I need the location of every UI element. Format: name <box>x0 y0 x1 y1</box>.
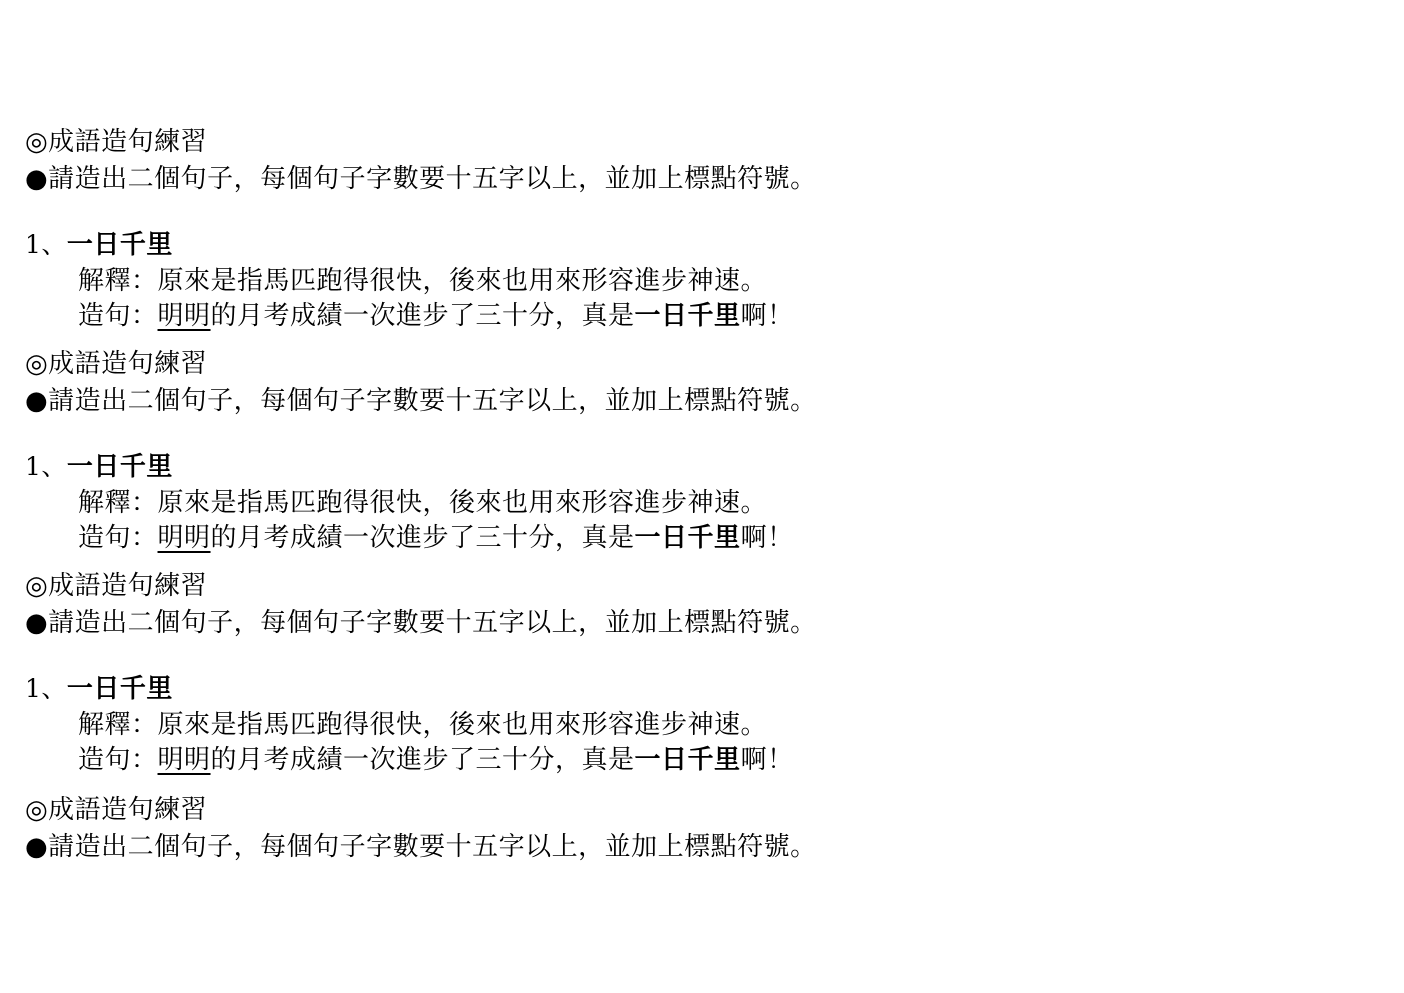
instruction-line: ●請造出二個句子，每個句子字數要十五字以上，並加上標點符號。 <box>25 161 1384 198</box>
section-heading: ◎成語造句練習 <box>25 346 1384 383</box>
explanation-label: 解釋： <box>78 488 158 518</box>
exercise-block-4: ◎成語造句練習 ●請造出二個句子，每個句子字數要十五字以上，並加上標點符號。 <box>25 792 1384 866</box>
exercise-block-3: ◎成語造句練習 ●請造出二個句子，每個句子字數要十五字以上，並加上標點符號。 1… <box>25 568 1384 778</box>
item-number: 1、 <box>25 452 67 481</box>
idiom-line: 1、一日千里 <box>25 670 1384 708</box>
exercise-block-2: ◎成語造句練習 ●請造出二個句子，每個句子字數要十五字以上，並加上標點符號。 1… <box>25 346 1384 556</box>
explanation-text: 原來是指馬匹跑得很快，後來也用來形容進步神速。 <box>158 266 768 296</box>
item-number: 1、 <box>25 674 67 703</box>
sentence-idiom-bold: 一日千里 <box>635 301 741 331</box>
explanation-label: 解釋： <box>78 266 158 296</box>
idiom-line: 1、一日千里 <box>25 448 1384 486</box>
sentence-end-text: 啊！ <box>741 301 794 331</box>
explanation-text: 原來是指馬匹跑得很快，後來也用來形容進步神速。 <box>158 488 768 518</box>
idiom-line: 1、一日千里 <box>25 226 1384 264</box>
explanation-line: 解釋：原來是指馬匹跑得很快，後來也用來形容進步神速。 <box>25 264 1384 299</box>
idiom-title: 一日千里 <box>67 452 173 482</box>
sentence-idiom-bold: 一日千里 <box>635 745 741 775</box>
explanation-label: 解釋： <box>78 710 158 740</box>
sentence-line: 造句：明明的月考成績一次進步了三十分，真是一日千里啊！ <box>25 521 1384 556</box>
item-number: 1、 <box>25 230 67 259</box>
instruction-line: ●請造出二個句子，每個句子字數要十五字以上，並加上標點符號。 <box>25 383 1384 420</box>
explanation-text: 原來是指馬匹跑得很快，後來也用來形容進步神速。 <box>158 710 768 740</box>
explanation-line: 解釋：原來是指馬匹跑得很快，後來也用來形容進步神速。 <box>25 708 1384 743</box>
instruction-line: ●請造出二個句子，每個句子字數要十五字以上，並加上標點符號。 <box>25 605 1384 642</box>
sentence-idiom-bold: 一日千里 <box>635 523 741 553</box>
sentence-label: 造句： <box>78 523 158 553</box>
section-heading: ◎成語造句練習 <box>25 568 1384 605</box>
sentence-subject-underlined: 明明 <box>158 301 211 331</box>
sentence-middle-text: 的月考成績一次進步了三十分，真是 <box>211 745 635 775</box>
sentence-middle-text: 的月考成績一次進步了三十分，真是 <box>211 523 635 553</box>
sentence-line: 造句：明明的月考成績一次進步了三十分，真是一日千里啊！ <box>25 299 1384 334</box>
sentence-subject-underlined: 明明 <box>158 745 211 775</box>
sentence-subject-underlined: 明明 <box>158 523 211 553</box>
sentence-end-text: 啊！ <box>741 523 794 553</box>
sentence-label: 造句： <box>78 745 158 775</box>
section-heading: ◎成語造句練習 <box>25 124 1384 161</box>
sentence-end-text: 啊！ <box>741 745 794 775</box>
sentence-middle-text: 的月考成績一次進步了三十分，真是 <box>211 301 635 331</box>
sentence-line: 造句：明明的月考成績一次進步了三十分，真是一日千里啊！ <box>25 743 1384 778</box>
explanation-line: 解釋：原來是指馬匹跑得很快，後來也用來形容進步神速。 <box>25 486 1384 521</box>
exercise-block-1: ◎成語造句練習 ●請造出二個句子，每個句子字數要十五字以上，並加上標點符號。 1… <box>25 124 1384 334</box>
sentence-label: 造句： <box>78 301 158 331</box>
worksheet-page: ◎成語造句練習 ●請造出二個句子，每個句子字數要十五字以上，並加上標點符號。 1… <box>0 0 1404 993</box>
idiom-title: 一日千里 <box>67 230 173 260</box>
idiom-title: 一日千里 <box>67 674 173 704</box>
section-heading: ◎成語造句練習 <box>25 792 1384 829</box>
instruction-line: ●請造出二個句子，每個句子字數要十五字以上，並加上標點符號。 <box>25 829 1384 866</box>
